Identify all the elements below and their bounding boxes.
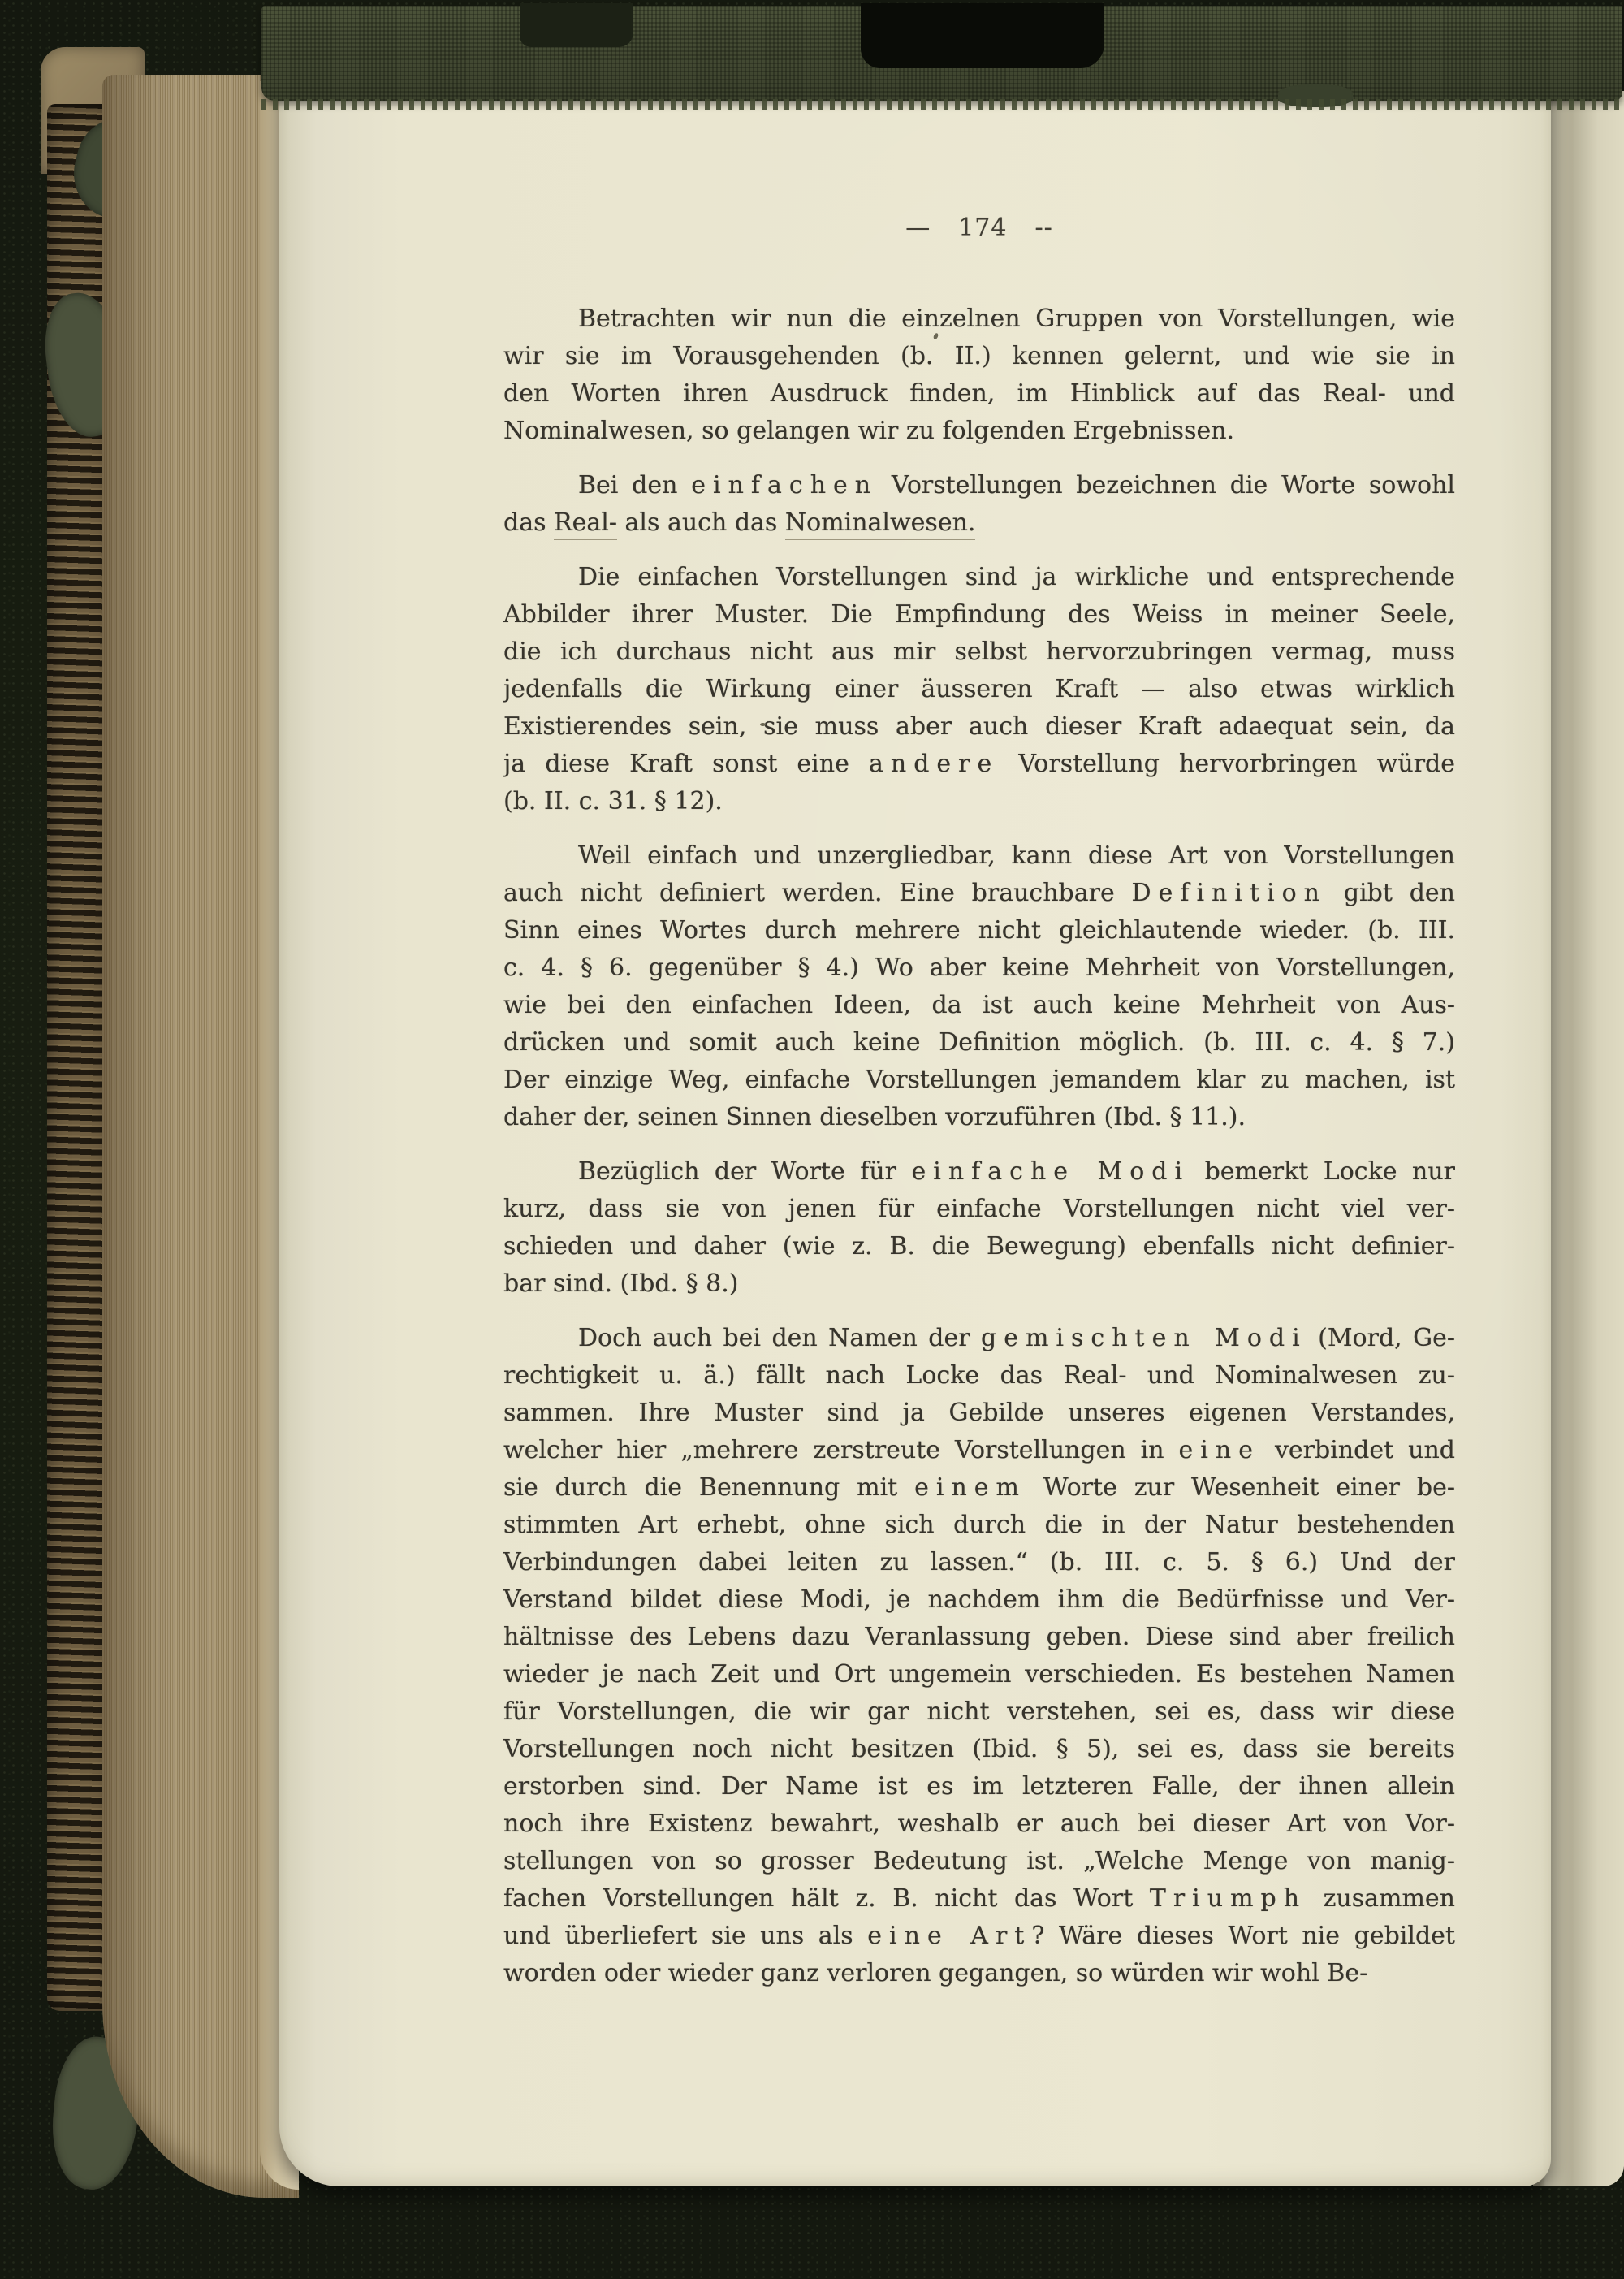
text-line: jedenfalls die Wirkung einer äusseren Kr… (503, 671, 1455, 708)
text-segment: Existierendes sein, sie muss aber auch d… (503, 712, 1455, 741)
text-line: (b. II. c. 31. § 12). (503, 783, 1455, 820)
text-segment: Der einzige Weg, einfache Vorstellungen … (503, 1066, 1455, 1094)
letterspaced-text: Definition (1132, 879, 1327, 907)
text-line: noch ihre Existenz bewahrt, weshalb er a… (503, 1805, 1455, 1843)
text-line: erstorben sind. Der Name ist es im letzt… (503, 1768, 1455, 1805)
pencil-underlined-text: Real- (554, 508, 617, 542)
text-segment: schieden und daher (wie z. B. die Bewegu… (503, 1232, 1455, 1261)
text-segment: daher der, seinen Sinnen dieselben vorzu… (503, 1103, 1246, 1131)
text-line: daher der, seinen Sinnen dieselben vorzu… (503, 1099, 1455, 1136)
page-number-left-dash: — (905, 214, 931, 242)
text-segment: bar sind. (Ibd. § 8.) (503, 1269, 738, 1298)
text-line: schieden und daher (wie z. B. die Bewegu… (503, 1228, 1455, 1265)
text-line: wir sie im Vorausgehenden (b. II.) kenne… (503, 338, 1455, 375)
letterspaced-text: gemischten Modi (981, 1324, 1307, 1352)
text-segment: hältnisse des Lebens dazu Veranlassung g… (503, 1623, 1455, 1651)
cloth-dark-patch (520, 3, 633, 47)
text-segment: Die einfachen Vorstellungen sind ja wirk… (578, 563, 1455, 591)
text-segment: wie bei den einfachen Ideen, da ist auch… (503, 991, 1455, 1019)
text-segment: noch ihre Existenz bewahrt, weshalb er a… (503, 1810, 1455, 1838)
text-line: Verbindungen dabei leiten zu lassen.“ (b… (503, 1544, 1455, 1581)
text-segment: Bezüglich der Worte für (578, 1157, 911, 1186)
text-segment: Vorstellungen noch nicht besitzen (Ibid.… (503, 1735, 1455, 1763)
text-line: worden oder wieder ganz verloren gegange… (503, 1955, 1455, 1992)
letterspaced-text: eine (1179, 1436, 1260, 1464)
text-line: sammen. Ihre Muster sind ja Gebilde unse… (503, 1395, 1455, 1432)
text-line: Existierendes sein, sie muss aber auch d… (503, 708, 1455, 746)
text-segment: stellungen von so grosser Bedeutung ist.… (503, 1847, 1455, 1875)
text-line: hältnisse des Lebens dazu Veranlassung g… (503, 1619, 1455, 1656)
text-segment: die ich durchaus nicht aus mir selbst he… (503, 638, 1455, 666)
text-line: Abbilder ihrer Muster. Die Empfindung de… (503, 596, 1455, 634)
text-line: Weil einfach und unzergliedbar, kann die… (503, 837, 1455, 875)
text-segment: rechtigkeit u. ä.) fällt nach Locke das … (503, 1361, 1455, 1390)
letterspaced-text: eine Art (867, 1922, 1031, 1950)
letterspaced-text: andere (869, 750, 999, 778)
text-segment: welcher hier „mehrere zerstreute Vorstel… (503, 1436, 1179, 1464)
text-segment: worden oder wieder ganz verloren gegange… (503, 1959, 1367, 1987)
text-segment: verbindet und (1260, 1436, 1455, 1464)
cloth-dark-patch (861, 3, 1104, 68)
text-segment: das (503, 508, 554, 537)
text-line: das Real- als auch das Nominalwesen. (503, 504, 1455, 542)
paragraph: Die einfachen Vorstellungen sind ja wirk… (503, 559, 1455, 820)
paragraph: Bezüglich der Worte für einfache Modi be… (503, 1153, 1455, 1303)
text-line: rechtigkeit u. ä.) fällt nach Locke das … (503, 1357, 1455, 1395)
letterspaced-text: einem (914, 1473, 1026, 1502)
text-segment: wieder je nach Zeit und Ort ungemein ver… (503, 1660, 1455, 1689)
text-line: Verstand bildet diese Modi, je nachdem i… (503, 1581, 1455, 1619)
text-line: c. 4. § 6. gegenüber § 4.) Wo aber keine… (503, 949, 1455, 987)
text-segment: erstorben sind. Der Name ist es im letzt… (503, 1772, 1455, 1801)
text-line: auch nicht definiert werden. Eine brauch… (503, 875, 1455, 912)
text-segment: für Vorstellungen, die wir gar nicht ver… (503, 1697, 1455, 1726)
text-segment: auch nicht definiert werden. Eine brauch… (503, 879, 1132, 907)
text-line: die ich durchaus nicht aus mir selbst he… (503, 634, 1455, 671)
text-line: den Worten ihren Ausdruck finden, im Hin… (503, 375, 1455, 413)
text-segment: Vorstellung hervorbringen würde (999, 750, 1455, 778)
text-segment: Worte zur Wesenheit einer be- (1026, 1473, 1455, 1502)
text-segment: jedenfalls die Wirkung einer äusseren Kr… (503, 675, 1455, 703)
text-segment: ? Wäre dieses Wort nie gebildet (1031, 1922, 1455, 1950)
text-segment: und überliefert sie uns als (503, 1922, 867, 1950)
text-line: stimmten Art erhebt, ohne sich durch die… (503, 1507, 1455, 1544)
text-line: sie durch die Benennung mit einem Worte … (503, 1469, 1455, 1507)
text-line: Der einzige Weg, einfache Vorstellungen … (503, 1062, 1455, 1099)
text-line: Vorstellungen noch nicht besitzen (Ibid.… (503, 1731, 1455, 1768)
text-segment: bemerkt Locke nur (1190, 1157, 1455, 1186)
text-line: Bezüglich der Worte für einfache Modi be… (503, 1153, 1455, 1191)
text-segment: als auch das (617, 508, 785, 537)
text-segment: den Worten ihren Ausdruck finden, im Hin… (503, 379, 1455, 408)
text-segment: fachen Vorstellungen hält z. B. nicht da… (503, 1884, 1150, 1913)
page-number-right-dash: -- (1034, 214, 1052, 242)
text-segment: (Mord, Ge- (1307, 1324, 1455, 1352)
text-segment: c. 4. § 6. gegenüber § 4.) Wo aber keine… (503, 954, 1455, 982)
pencil-underlined-text: Nominalwesen. (785, 508, 976, 542)
page-number: —174-- (503, 210, 1455, 247)
text-segment: wir sie im Vorausgehenden (b. II.) kenne… (503, 342, 1455, 370)
text-segment: Weil einfach und unzergliedbar, kann die… (578, 841, 1455, 870)
text-segment: sie durch die Benennung mit (503, 1473, 914, 1502)
text-line: Nominalwesen, so gelangen wir zu folgend… (503, 413, 1455, 450)
text-segment: Bei den (578, 471, 691, 499)
book-page: —174-- Betrachten wir nun die einzelnen … (279, 54, 1551, 2186)
paragraph: Bei den einfachen Vorstellungen bezeichn… (503, 467, 1455, 542)
text-line: und überliefert sie uns als eine Art? Wä… (503, 1918, 1455, 1955)
text-line: Bei den einfachen Vorstellungen bezeichn… (503, 467, 1455, 504)
text-segment: (b. II. c. 31. § 12). (503, 787, 723, 815)
text-line: fachen Vorstellungen hält z. B. nicht da… (503, 1880, 1455, 1918)
paragraph: Betrachten wir nun die einzelnen Gruppen… (503, 301, 1455, 450)
text-segment: drücken und somit auch keine Definition … (503, 1028, 1455, 1057)
text-segment: Vorstellungen bezeichnen die Worte sowoh… (878, 471, 1455, 499)
paragraph: Doch auch bei den Namen der gemischten M… (503, 1320, 1455, 1992)
text-line: Doch auch bei den Namen der gemischten M… (503, 1320, 1455, 1357)
page-edge-stack (102, 75, 299, 2198)
text-segment: Doch auch bei den Namen der (578, 1324, 981, 1352)
paragraph: Weil einfach und unzergliedbar, kann die… (503, 837, 1455, 1136)
text-segment: ja diese Kraft sonst eine (503, 750, 869, 778)
text-line: Sinn eines Wortes durch mehrere nicht gl… (503, 912, 1455, 949)
text-segment: gibt den (1327, 879, 1455, 907)
text-line: kurz, dass sie von jenen für einfache Vo… (503, 1191, 1455, 1228)
text-segment: stimmten Art erhebt, ohne sich durch die… (503, 1511, 1455, 1539)
text-line: bar sind. (Ibd. § 8.) (503, 1265, 1455, 1303)
text-segment: Nominalwesen, so gelangen wir zu folgend… (503, 417, 1234, 445)
text-segment: kurz, dass sie von jenen für einfache Vo… (503, 1195, 1455, 1223)
text-segment: Verbindungen dabei leiten zu lassen.“ (b… (503, 1548, 1455, 1576)
text-block: —174-- Betrachten wir nun die einzelnen … (503, 210, 1455, 2009)
paper-speck (760, 723, 766, 726)
text-segment: sammen. Ihre Muster sind ja Gebilde unse… (503, 1399, 1455, 1427)
text-line: Die einfachen Vorstellungen sind ja wirk… (503, 559, 1455, 596)
text-line: Betrachten wir nun die einzelnen Gruppen… (503, 301, 1455, 338)
text-segment: zusammen (1307, 1884, 1455, 1913)
cloth-fringe (261, 99, 1622, 110)
cover-cloth-top (261, 6, 1622, 101)
text-line: wie bei den einfachen Ideen, da ist auch… (503, 987, 1455, 1024)
text-line: wieder je nach Zeit und Ort ungemein ver… (503, 1656, 1455, 1693)
letterspaced-text: Triumph (1150, 1884, 1307, 1913)
text-segment: Verstand bildet diese Modi, je nachdem i… (503, 1585, 1455, 1614)
text-line: für Vorstellungen, die wir gar nicht ver… (503, 1693, 1455, 1731)
letterspaced-text: einfache Modi (911, 1157, 1190, 1186)
letterspaced-text: einfachen (691, 471, 878, 499)
text-line: stellungen von so grosser Bedeutung ist.… (503, 1843, 1455, 1880)
text-segment: Abbilder ihrer Muster. Die Empfindung de… (503, 600, 1455, 629)
text-segment: Betrachten wir nun die einzelnen Gruppen… (578, 305, 1455, 333)
text-body: Betrachten wir nun die einzelnen Gruppen… (503, 301, 1455, 1992)
page-number-value: 174 (958, 214, 1007, 242)
text-line: welcher hier „mehrere zerstreute Vorstel… (503, 1432, 1455, 1469)
text-segment: Sinn eines Wortes durch mehrere nicht gl… (503, 916, 1455, 945)
text-line: ja diese Kraft sonst eine andere Vorstel… (503, 746, 1455, 783)
text-line: drücken und somit auch keine Definition … (503, 1024, 1455, 1062)
